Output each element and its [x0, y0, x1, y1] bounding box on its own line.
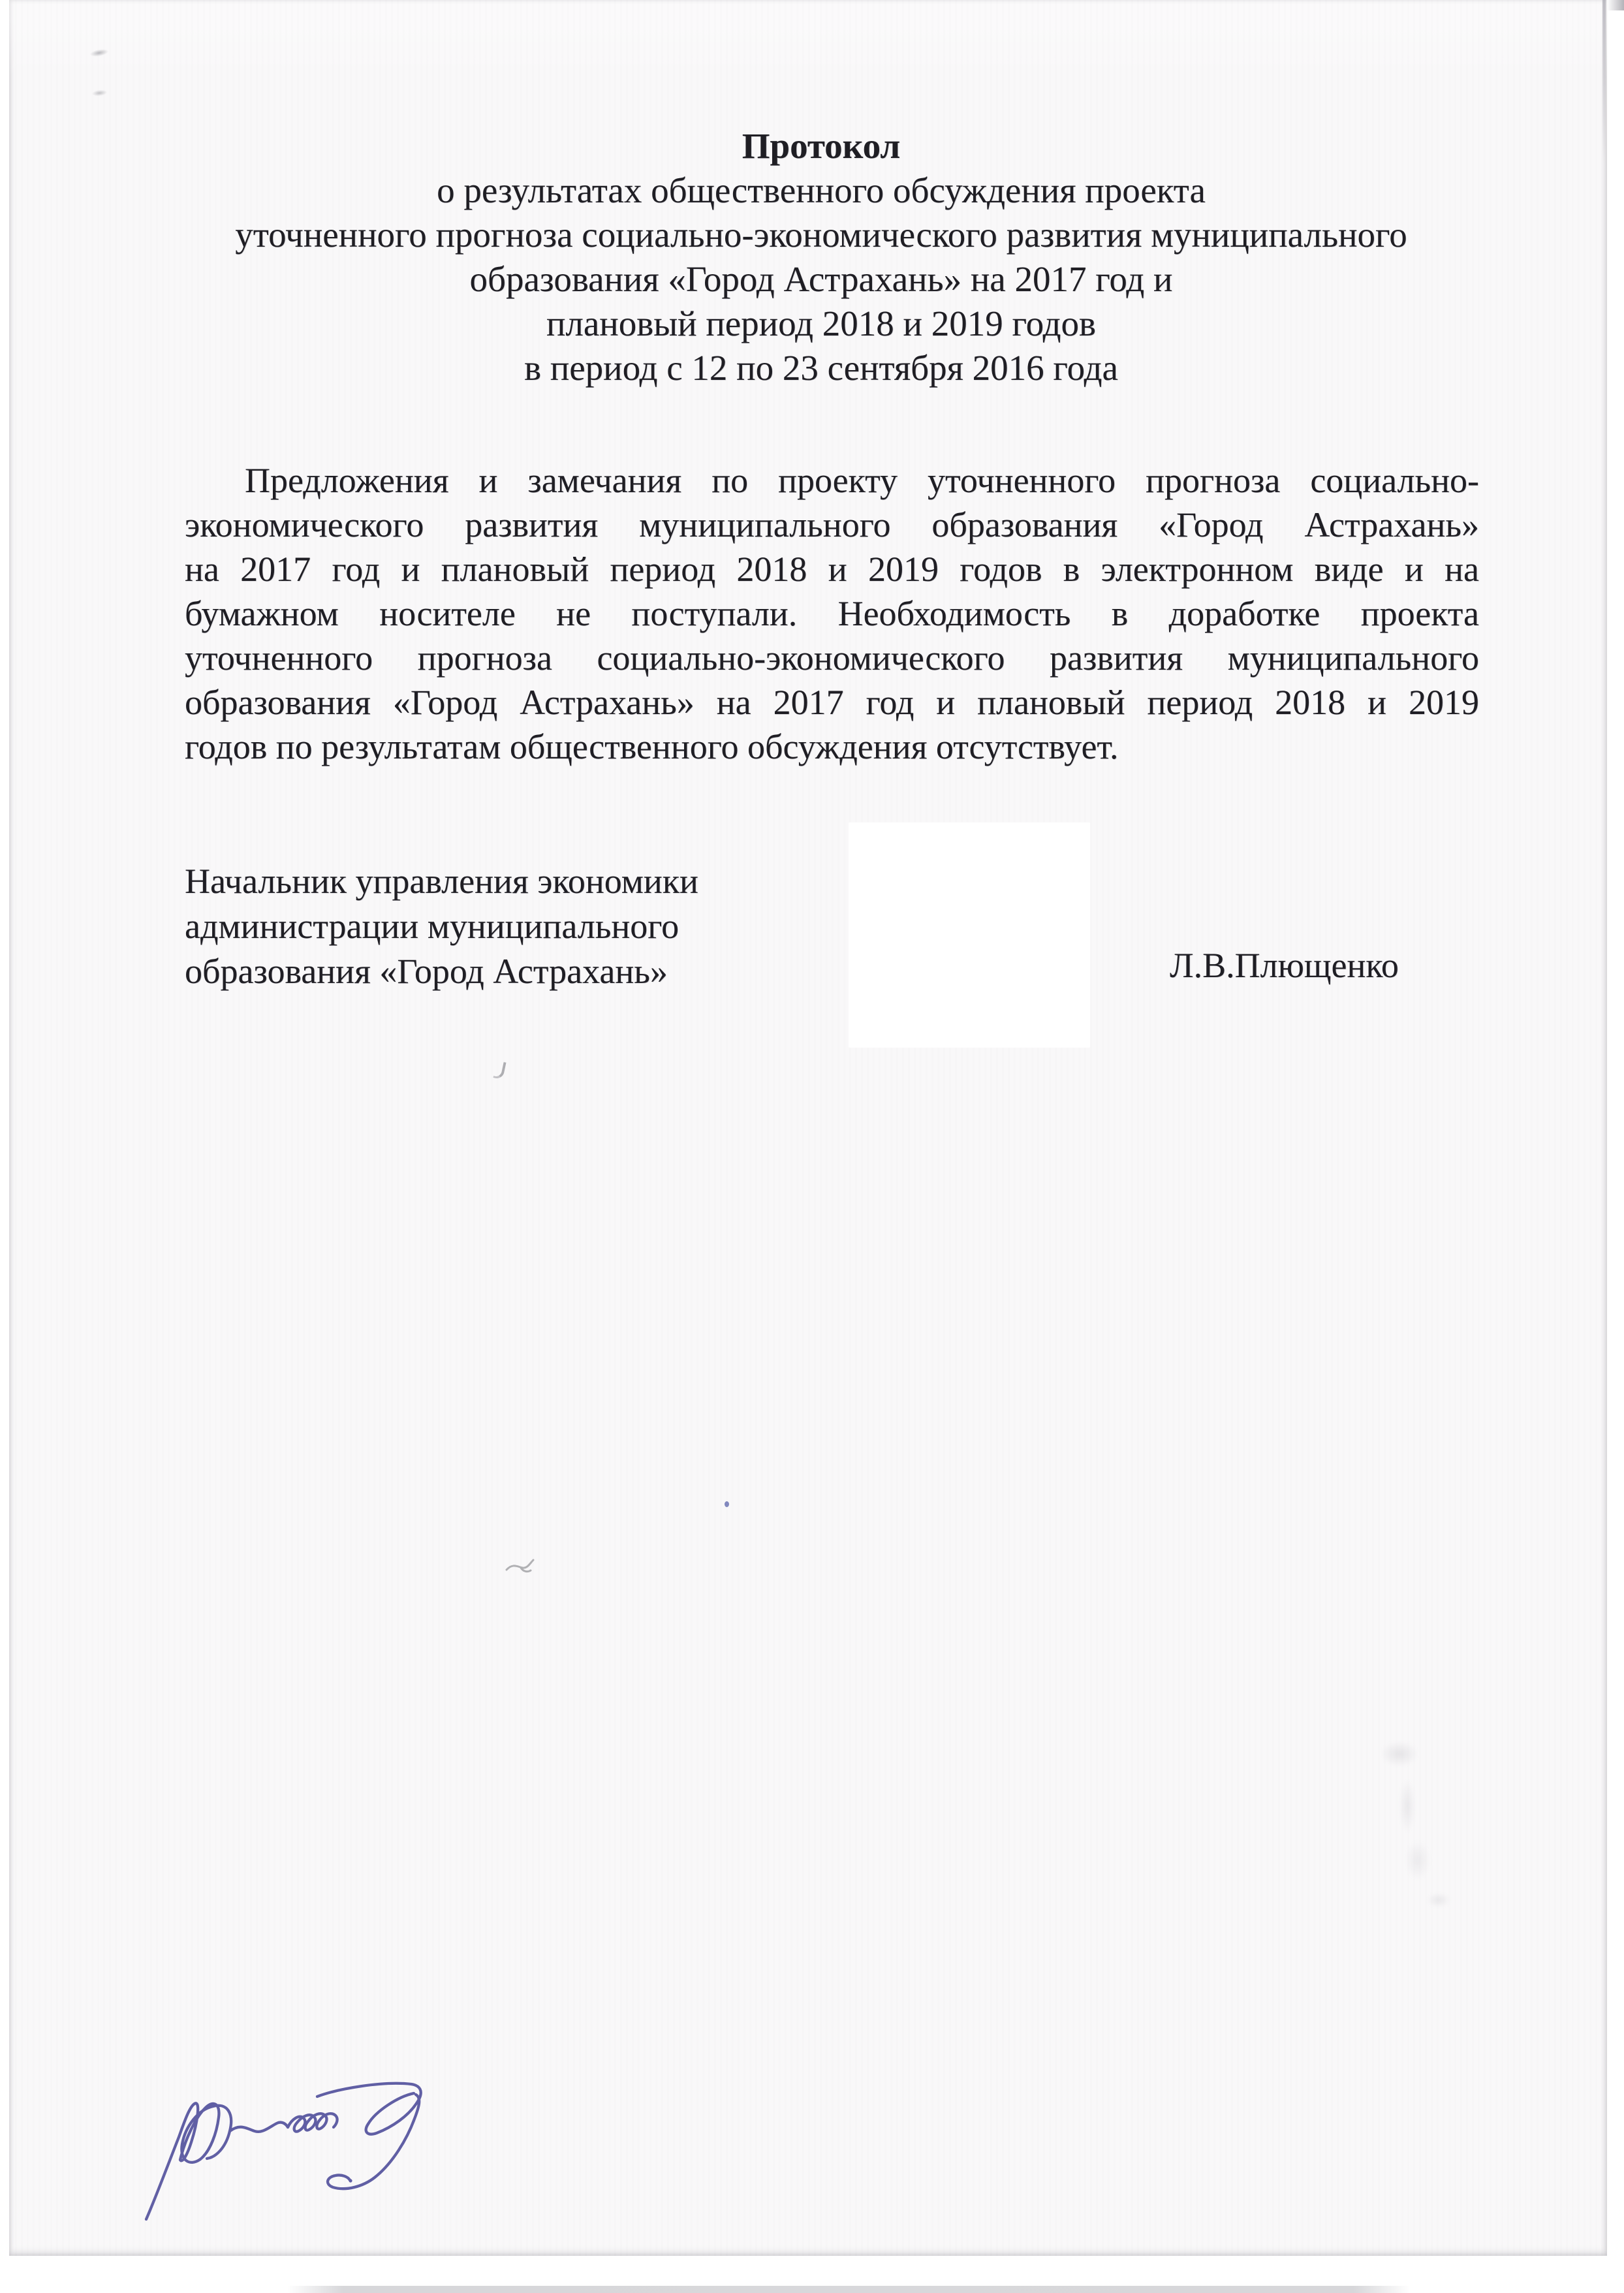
title-line-3: уточненного прогноза социально-экономиче…: [185, 213, 1458, 257]
title-line-1: Протокол: [185, 124, 1458, 168]
scan-corner-mark: [1607, 0, 1624, 10]
body-line: уточненного прогноза социально-экономиче…: [185, 636, 1479, 680]
whiteout-patch: [849, 822, 1090, 1048]
body-line: экономического развития муниципального о…: [185, 503, 1479, 547]
body-line: Предложения и замечания по проекту уточн…: [185, 458, 1479, 503]
title-line-4: образования «Город Астрахань» на 2017 го…: [185, 257, 1458, 302]
signer-position-line-1: Начальник управления экономики: [185, 859, 698, 904]
body-line: на 2017 год и плановый период 2018 и 201…: [185, 547, 1479, 591]
scanned-page: Протокол о результатах общественного обс…: [0, 0, 1624, 2293]
title-line-5: плановый период 2018 и 2019 годов: [185, 302, 1458, 346]
signer-name: Л.В.Плющенко: [1170, 946, 1399, 985]
handwritten-signature-ink: [116, 2064, 482, 2253]
scanner-bottom-bar: [287, 2286, 1410, 2293]
body-line: годов по результатам общественного обсуж…: [185, 725, 1479, 769]
signer-position-line-2: администрации муниципального: [185, 904, 698, 949]
body-paragraph: Предложения и замечания по проекту уточн…: [185, 458, 1479, 769]
document-title: Протокол о результатах общественного обс…: [185, 124, 1458, 390]
signer-position-line-3: образования «Город Астрахань»: [185, 949, 698, 994]
body-line: бумажном носителе не поступали. Необходи…: [185, 591, 1479, 636]
body-line: образования «Город Астрахань» на 2017 го…: [185, 680, 1479, 725]
title-line-2: о результатах общественного обсуждения п…: [185, 168, 1458, 213]
signer-position-block: Начальник управления экономики администр…: [185, 859, 698, 994]
title-line-6: в период с 12 по 23 сентября 2016 года: [185, 346, 1458, 390]
